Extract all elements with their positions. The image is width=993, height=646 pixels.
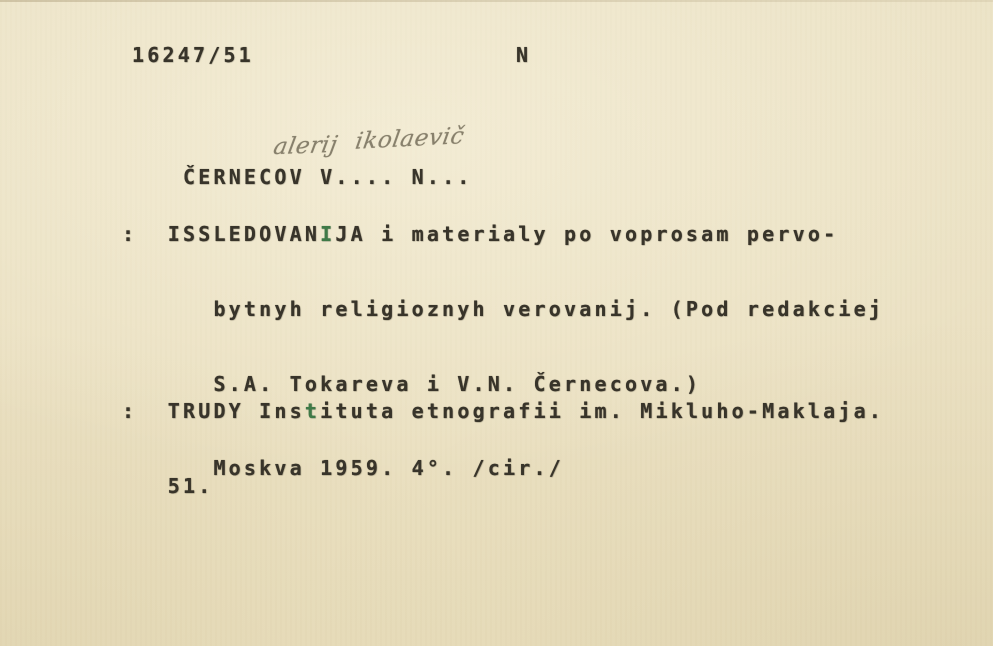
title-line1-pre: : ISSLEDOVAN [122, 222, 320, 246]
call-number: 16247/51 [132, 43, 254, 68]
library-catalog-card: 16247/51 N ČERNECOV V.... N... alerij ik… [0, 0, 993, 646]
title-line-1: : ISSLEDOVANIJA i materialy po voprosam … [122, 222, 884, 247]
series-line-1: : TRUDY Instituta etnografii im. Mikluho… [122, 399, 884, 424]
series-volume-number: 51. [122, 474, 884, 499]
green-overstrike-letter: I [320, 222, 335, 246]
title-line-2: bytnyh religioznyh verovanij. (Pod redak… [122, 297, 884, 322]
green-overstrike-letter: t [305, 399, 320, 423]
series-line1-post: ituta etnografii im. Mikluho-Maklaja. [320, 399, 884, 423]
section-letter: N [516, 43, 531, 68]
title-line1-post: JA i materialy po voprosam pervo- [335, 222, 838, 246]
series-line1-pre: : TRUDY Ins [122, 399, 305, 423]
series-entry: : TRUDY Instituta etnografii im. Mikluho… [122, 349, 884, 549]
handwritten-first-name: alerij [271, 132, 339, 160]
